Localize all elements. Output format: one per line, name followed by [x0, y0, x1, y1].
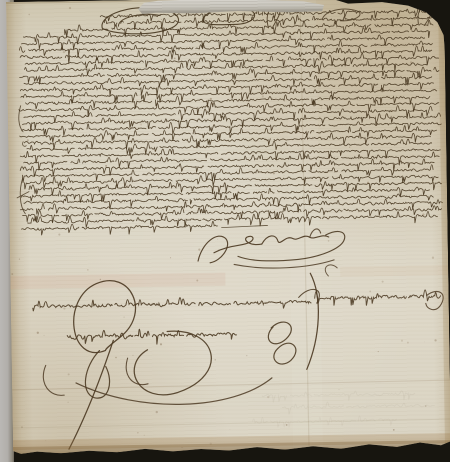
scanned-manuscript-photo	[0, 0, 450, 462]
body-text-block	[14, 6, 444, 236]
verso-show-through	[252, 390, 435, 428]
secretarial-signatures	[32, 263, 445, 449]
royal-signature	[198, 228, 346, 269]
manuscript-page	[6, 0, 450, 458]
manuscript-writing-layer	[6, 0, 450, 458]
paper-speckles	[7, 1, 438, 458]
